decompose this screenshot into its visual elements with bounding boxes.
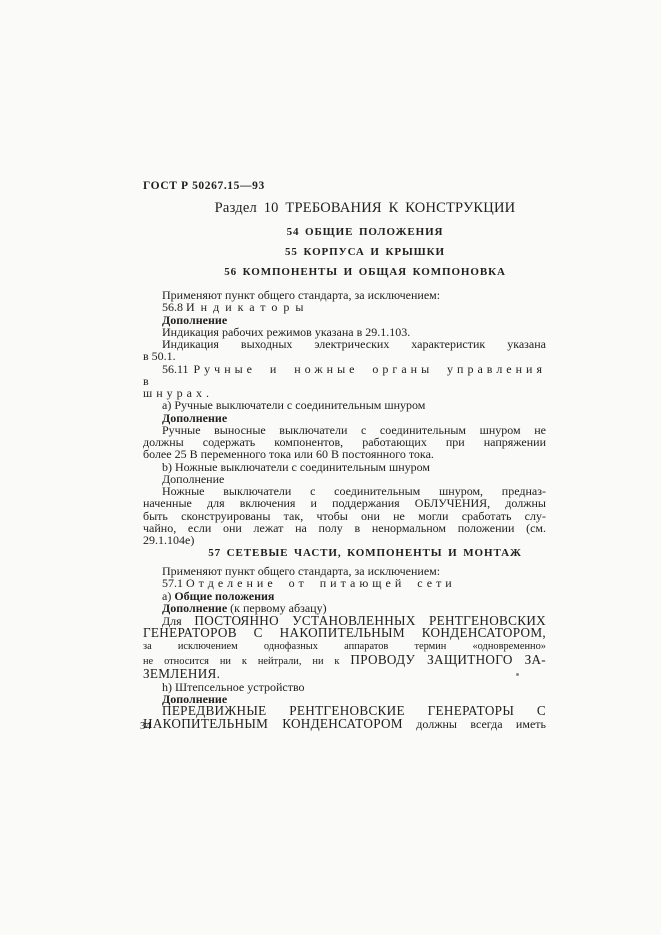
text-line: чайно, если они лежат на полу в ненормал… <box>143 522 546 534</box>
document-page: ГОСТ Р 50267.15—93 Раздел 10 ТРЕБОВАНИЯ … <box>0 0 661 935</box>
text-run: 56.11 <box>162 362 193 376</box>
text-line: 29.1.104е) <box>143 534 546 546</box>
heading-55-enclosures: 55 КОРПУСА И КРЫШКИ <box>143 246 567 258</box>
text-run: за исключением однофазных аппаратов терм… <box>143 641 546 652</box>
heading-57-mains-parts: 57 СЕТЕВЫЕ ЧАСТИ, КОМПОНЕНТЫ И МОНТАЖ <box>143 547 567 559</box>
text-run: НАКОПИТЕЛЬНЫМ КОНДЕНСАТОРОМ <box>143 716 403 731</box>
heading-54-general: 54 ОБЩИЕ ПОЛОЖЕНИЯ <box>143 226 567 238</box>
clause-56-text-block: Применяют пункт общего стандарта, за иск… <box>143 289 546 546</box>
text-run: ГЕНЕРАТОРОВ С НАКОПИТЕЛЬНЫМ КОНДЕНСАТОРО… <box>143 625 546 640</box>
doc-number: ГОСТ Р 50267.15—93 <box>143 180 443 192</box>
page-number: 34 <box>140 721 152 732</box>
clause-57-text-block: Применяют пункт общего стандарта, за иск… <box>143 565 546 730</box>
text-run: Индикация выходных электрических характе… <box>162 337 546 351</box>
heading-56-components: 56 КОМПОНЕНТЫ И ОБЩАЯ КОМПОНОВКА <box>143 266 567 278</box>
text-run: не относится ни к нейтрали, ни к <box>143 656 350 667</box>
text-run: ПРОВОДУ ЗАЩИТНОГО ЗА- <box>350 652 546 667</box>
text-line: ГЕНЕРАТОРОВ С НАКОПИТЕЛЬНЫМ КОНДЕНСАТОРО… <box>143 627 546 639</box>
text-run: чайно, если они лежат на полу в ненормал… <box>143 521 546 535</box>
text-line: НАКОПИТЕЛЬНЫМ КОНДЕНСАТОРОМ должны всегд… <box>143 718 546 730</box>
text-run: Ручные и ножные органы управления в <box>143 362 546 388</box>
text-line: Индикация выходных электрических характе… <box>143 338 546 350</box>
section-title: Раздел 10 ТРЕБОВАНИЯ К КОНСТРУКЦИИ <box>143 200 567 217</box>
text-line: 56.11 Ручные и ножные органы управления … <box>143 363 546 388</box>
text-run: должны всегда иметь <box>403 717 546 731</box>
text-run: 29.1.104е) <box>143 533 194 547</box>
scan-speck <box>516 673 519 676</box>
